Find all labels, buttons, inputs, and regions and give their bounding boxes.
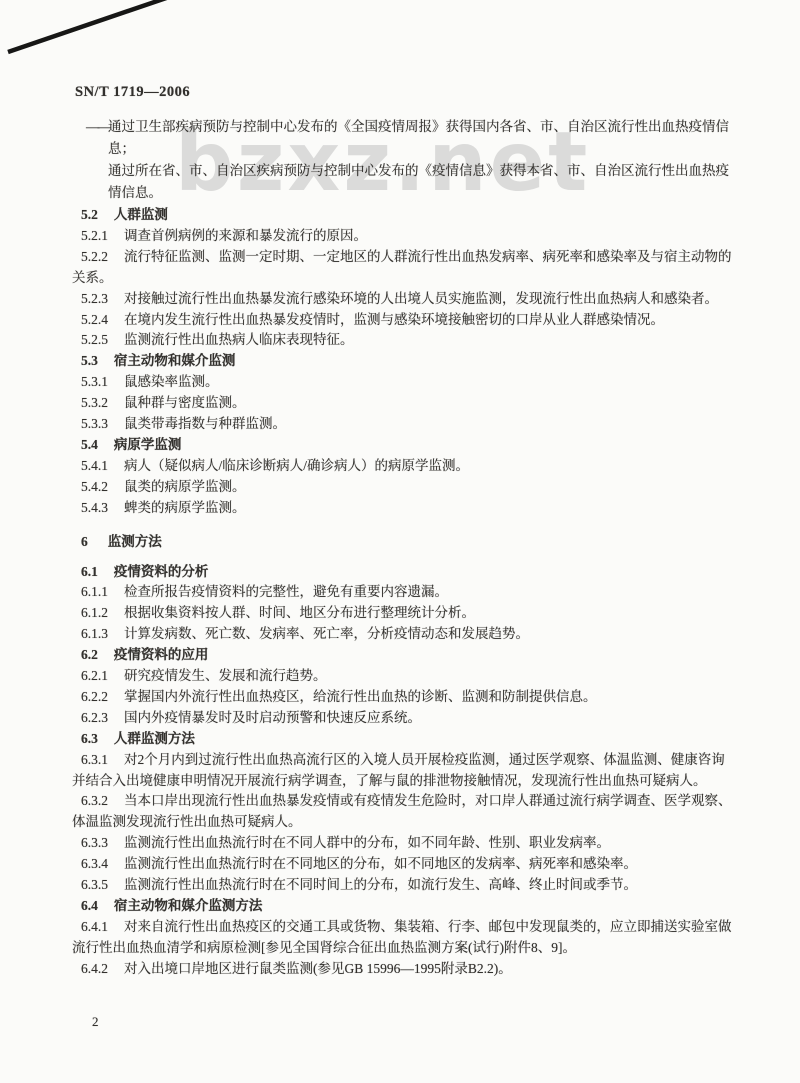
clause-number: 6.3.5	[81, 877, 108, 892]
clause-text: 国内外疫情暴发时及时启动预警和快速反应系统。	[124, 710, 421, 725]
clause-text: 宿主动物和媒介监测	[114, 353, 236, 368]
clause-text: 当本口岸出现流行性出血热暴发疫情或有疫情发生危险时，对口岸人群通过流行病学调查、…	[72, 793, 732, 829]
clause-text: 疫情资料的分析	[114, 564, 209, 579]
clause-number: 5.3.2	[81, 395, 108, 410]
clause-number: 5.3.3	[81, 416, 108, 431]
clause: 5.2.3对接触过流行性出血热暴发流行感染环境的人出境人员实施监测，发现流行性出…	[72, 289, 732, 310]
clause-number: 6.1.3	[81, 626, 108, 641]
clause-number: 5.2.4	[81, 312, 108, 327]
clause-number: 6.3.3	[81, 835, 108, 850]
clause: 6.2.2掌握国内外流行性出血热疫区，给流行性出血热的诊断、监测和防制提供信息。	[72, 687, 732, 708]
clause-number: 5.4.2	[81, 479, 108, 494]
clause-text: 调查首例病例的来源和暴发流行的原因。	[124, 228, 367, 243]
dash-bullet: ——	[86, 116, 109, 138]
clause-text: 病原学监测	[114, 437, 182, 452]
clause-text: 宿主动物和媒介监测方法	[114, 898, 263, 913]
clause-text: 掌握国内外流行性出血热疫区，给流行性出血热的诊断、监测和防制提供信息。	[124, 689, 597, 704]
section-heading: 6.3人群监测方法	[72, 729, 732, 750]
clause-text: 检查所报告疫情资料的完整性，避免有重要内容遗漏。	[124, 584, 448, 599]
scan-corner-line	[0, 0, 220, 70]
clause-text: 人群监测方法	[114, 731, 195, 746]
chapter-heading: 6监测方法	[72, 532, 732, 553]
list-item-text: 通过所在省、市、自治区疾病预防与控制中心发布的《疫情信息》获得本省、市、自治区流…	[108, 163, 729, 200]
clause-text: 监测流行性出血热流行时在不同地区的分布，如不同地区的发病率、病死率和感染率。	[124, 856, 637, 871]
clause-number: 6.4.2	[81, 961, 108, 976]
list-item: 通过所在省、市、自治区疾病预防与控制中心发布的《疫情信息》获得本省、市、自治区流…	[88, 160, 732, 204]
clause-text: 流行特征监测、监测一定时期、一定地区的人群流行性出血热发病率、病死率和感染率及与…	[72, 249, 732, 285]
section-heading: 5.2人群监测	[72, 205, 732, 226]
clause-text: 对入出境口岸地区进行鼠类监测(参见GB 15996—1995附录B2.2)。	[124, 961, 512, 976]
clause-text: 蜱类的病原学监测。	[124, 500, 246, 515]
clause: 6.2.1研究疫情发生、发展和流行趋势。	[72, 666, 732, 687]
clause-number: 6.3	[81, 731, 98, 746]
clause-number: 5.2.5	[81, 332, 108, 347]
clause-number: 6.2	[81, 647, 98, 662]
clause: 6.3.5监测流行性出血热流行时在不同时间上的分布，如流行发生、高峰、终止时间或…	[72, 875, 732, 896]
clause: 6.4.1对来自流行性出血热疫区的交通工具或货物、集装箱、行李、邮包中发现鼠类的…	[72, 917, 732, 959]
clause-text: 对来自流行性出血热疫区的交通工具或货物、集装箱、行李、邮包中发现鼠类的，应立即捕…	[72, 919, 732, 955]
clause-text: 在境内发生流行性出血热暴发疫情时，监测与感染环境接触密切的口岸从业人群感染情况。	[124, 312, 664, 327]
clause-text: 计算发病数、死亡数、发病率、死亡率，分析疫情动态和发展趋势。	[124, 626, 529, 641]
clause-number: 6.2.3	[81, 710, 108, 725]
clause: 5.2.4在境内发生流行性出血热暴发疫情时，监测与感染环境接触密切的口岸从业人群…	[72, 310, 732, 331]
clause-text: 病人（疑似病人/临床诊断病人/确诊病人）的病原学监测。	[124, 458, 469, 473]
section-heading: 6.2疫情资料的应用	[72, 645, 732, 666]
clause-text: 对2个月内到过流行性出血热高流行区的入境人员开展检疫监测，通过医学观察、体温监测…	[72, 752, 725, 788]
clause-text: 研究疫情发生、发展和流行趋势。	[124, 668, 327, 683]
clause: 6.1.2根据收集资料按人群、时间、地区分布进行整理统计分析。	[72, 603, 732, 624]
clause-text: 鼠类带毒指数与种群监测。	[124, 416, 286, 431]
clause: 6.1.3计算发病数、死亡数、发病率、死亡率，分析疫情动态和发展趋势。	[72, 624, 732, 645]
clause-number: 6.4.1	[81, 919, 108, 934]
scanned-document-page: SN/T 1719—2006 bzxz.net —— 通过卫生部疾病预防与控制中…	[0, 0, 800, 1083]
clause-number: 6.1.2	[81, 605, 108, 620]
clause-number: 5.2.3	[81, 291, 108, 306]
section-heading: 5.3宿主动物和媒介监测	[72, 351, 732, 372]
clause-text: 人群监测	[114, 207, 168, 222]
standard-number-header: SN/T 1719—2006	[75, 84, 190, 101]
clause: 5.2.2流行特征监测、监测一定时期、一定地区的人群流行性出血热发病率、病死率和…	[72, 247, 732, 289]
clause: 5.4.2鼠类的病原学监测。	[72, 477, 732, 498]
clause-number: 5.2.2	[81, 249, 108, 264]
clause-number: 5.2	[81, 207, 98, 222]
clause: 6.2.3国内外疫情暴发时及时启动预警和快速反应系统。	[72, 708, 732, 729]
clause-text: 监测流行性出血热流行时在不同人群中的分布，如不同年龄、性别、职业发病率。	[124, 835, 610, 850]
clause: 6.3.2当本口岸出现流行性出血热暴发疫情或有疫情发生危险时，对口岸人群通过流行…	[72, 791, 732, 833]
clause: 5.3.3鼠类带毒指数与种群监测。	[72, 414, 732, 435]
clause: 6.3.1对2个月内到过流行性出血热高流行区的入境人员开展检疫监测，通过医学观察…	[72, 750, 732, 792]
clause-number: 5.3	[81, 353, 98, 368]
section-heading: 5.4病原学监测	[72, 435, 732, 456]
clause-number: 5.4.1	[81, 458, 108, 473]
clause-text: 监测流行性出血热病人临床表现特征。	[124, 332, 354, 347]
list-item-text: 通过卫生部疾病预防与控制中心发布的《全国疫情周报》获得国内各省、市、自治区流行性…	[108, 119, 729, 156]
clause-number: 6.4	[81, 898, 98, 913]
clause: 5.2.1调查首例病例的来源和暴发流行的原因。	[72, 226, 732, 247]
list-item: —— 通过卫生部疾病预防与控制中心发布的《全国疫情周报》获得国内各省、市、自治区…	[88, 116, 732, 160]
clause-text: 根据收集资料按人群、时间、地区分布进行整理统计分析。	[124, 605, 475, 620]
clause-text: 鼠种群与密度监测。	[124, 395, 246, 410]
clause-number: 5.3.1	[81, 374, 108, 389]
clause-number: 5.4.3	[81, 500, 108, 515]
clause-text: 鼠感染率监测。	[124, 374, 219, 389]
clause-number: 6	[81, 534, 88, 549]
clause-number: 6.2.1	[81, 668, 108, 683]
section-heading: 6.4宿主动物和媒介监测方法	[72, 896, 732, 917]
clause-number: 5.2.1	[81, 228, 108, 243]
clause-number: 6.3.2	[81, 793, 108, 808]
intro-dash-list: —— 通过卫生部疾病预防与控制中心发布的《全国疫情周报》获得国内各省、市、自治区…	[88, 116, 732, 204]
clause-text: 对接触过流行性出血热暴发流行感染环境的人出境人员实施监测，发现流行性出血热病人和…	[124, 291, 718, 306]
section-heading: 6.1疫情资料的分析	[72, 562, 732, 583]
clause: 5.4.3蜱类的病原学监测。	[72, 498, 732, 519]
clause: 6.3.4监测流行性出血热流行时在不同地区的分布，如不同地区的发病率、病死率和感…	[72, 854, 732, 875]
clause-number: 6.3.1	[81, 752, 108, 767]
clause: 6.3.3监测流行性出血热流行时在不同人群中的分布，如不同年龄、性别、职业发病率…	[72, 833, 732, 854]
clause: 5.3.2鼠种群与密度监测。	[72, 393, 732, 414]
clause: 5.2.5监测流行性出血热病人临床表现特征。	[72, 330, 732, 351]
clause: 5.4.1病人（疑似病人/临床诊断病人/确诊病人）的病原学监测。	[72, 456, 732, 477]
clause-number: 6.2.2	[81, 689, 108, 704]
clause-text: 监测流行性出血热流行时在不同时间上的分布，如流行发生、高峰、终止时间或季节。	[124, 877, 637, 892]
document-body: —— 通过卫生部疾病预防与控制中心发布的《全国疫情周报》获得国内各省、市、自治区…	[72, 116, 732, 980]
clauses: 5.2人群监测5.2.1调查首例病例的来源和暴发流行的原因。5.2.2流行特征监…	[72, 205, 732, 980]
clause-text: 疫情资料的应用	[114, 647, 209, 662]
clause: 6.1.1检查所报告疫情资料的完整性，避免有重要内容遗漏。	[72, 582, 732, 603]
clause-text: 鼠类的病原学监测。	[124, 479, 246, 494]
clause-number: 6.1.1	[81, 584, 108, 599]
clause-number: 5.4	[81, 437, 98, 452]
clause-number: 6.1	[81, 564, 98, 579]
clause-text: 监测方法	[108, 534, 162, 549]
clause: 5.3.1鼠感染率监测。	[72, 372, 732, 393]
clause-number: 6.3.4	[81, 856, 108, 871]
clause: 6.4.2对入出境口岸地区进行鼠类监测(参见GB 15996—1995附录B2.…	[72, 959, 732, 980]
page-number: 2	[92, 1014, 99, 1030]
